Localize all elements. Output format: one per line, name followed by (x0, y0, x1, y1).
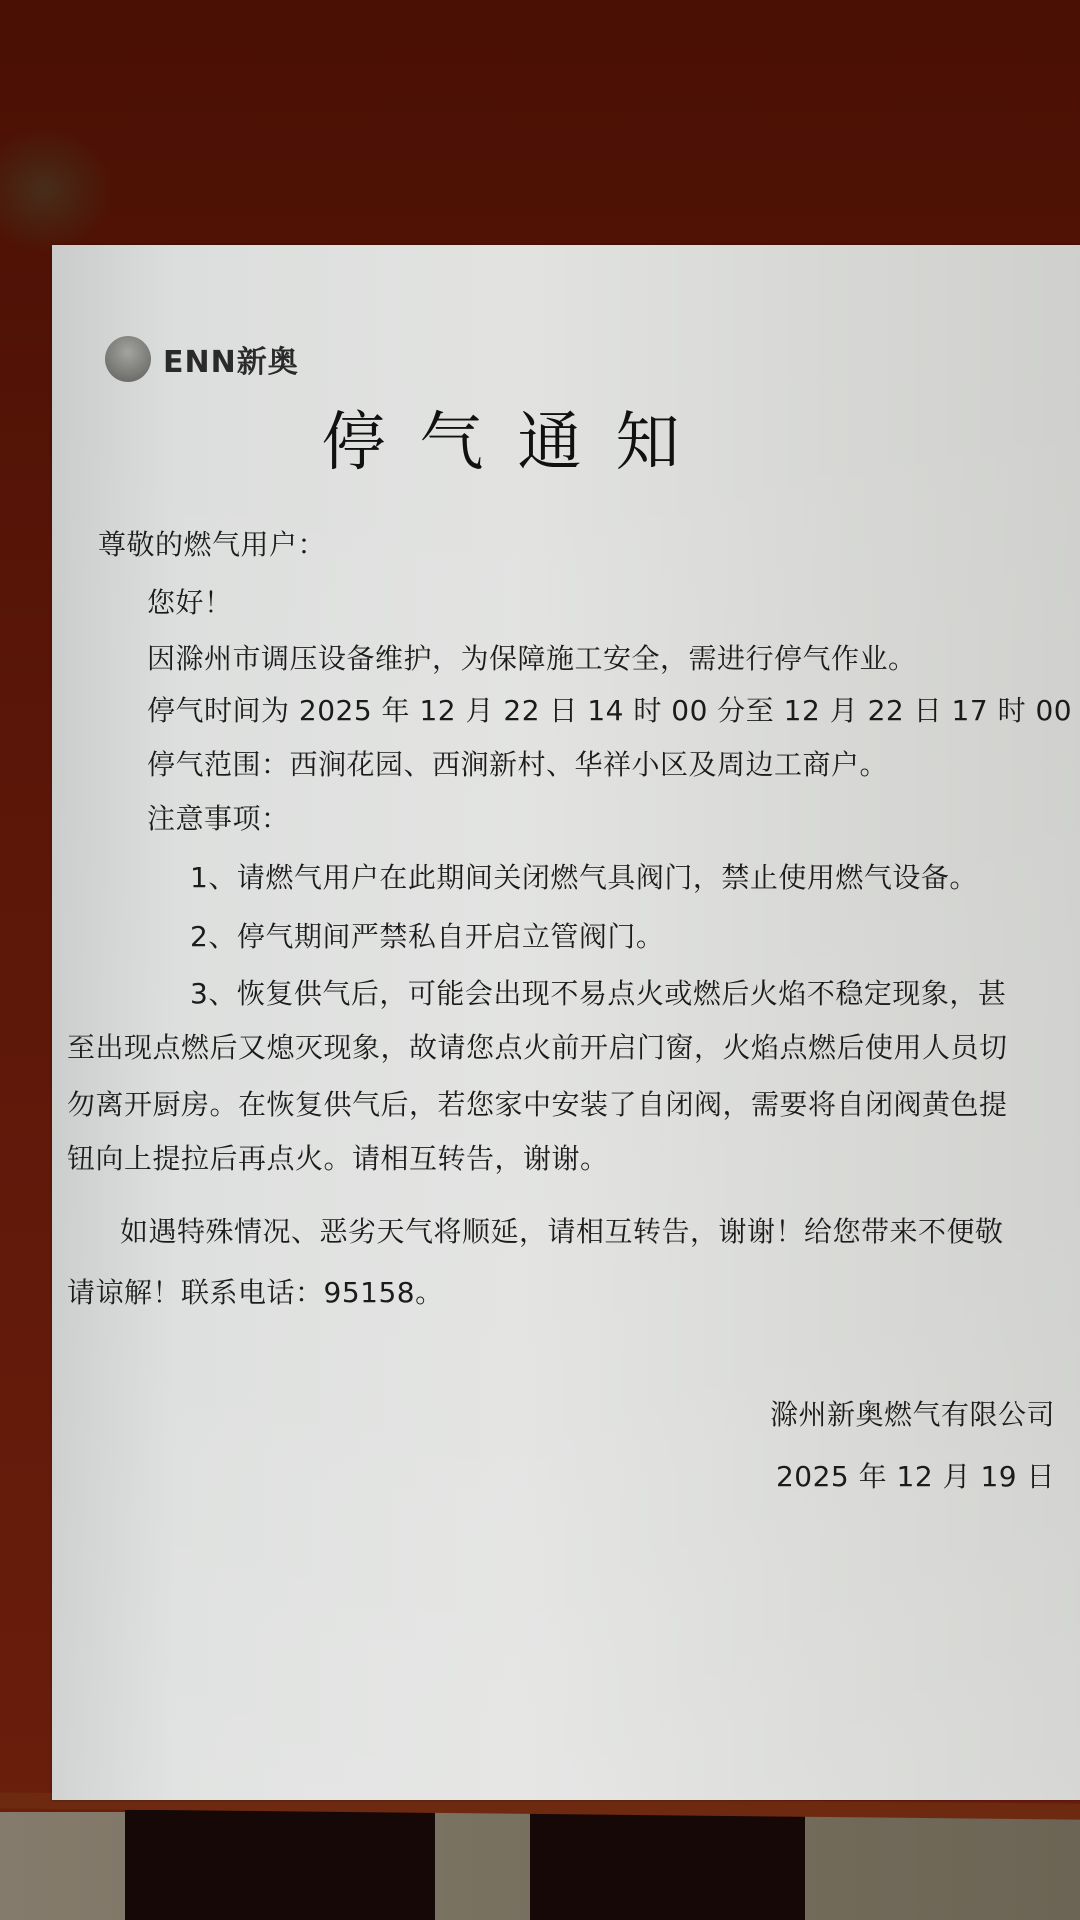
person-leg-left (125, 1810, 435, 1920)
door-stain (0, 130, 110, 250)
notes-heading: 注意事项： (147, 797, 290, 837)
note-item-3-line-2: 至出现点燃后又熄灭现象，故请您点火前开启门窗，火焰点燃后使用人员切 (67, 1026, 1008, 1066)
closing-line-1: 如遇特殊情况、恶劣天气将顺延，请相互转告，谢谢！给您带来不便敬 (120, 1210, 1004, 1250)
note-item-3: 3、恢复供气后，可能会出现不易点火或燃后火焰不稳定现象，甚 (190, 972, 1006, 1012)
person-leg-right (530, 1810, 805, 1920)
paragraph-outage-time: 停气时间为 2025 年 12 月 22 日 14 时 00 分至 12 月 2… (147, 689, 1080, 729)
paragraph-outage-area: 停气范围：西涧花园、西涧新村、华祥小区及周边工商户。 (147, 743, 888, 783)
notice-title: 停气通知 (52, 391, 983, 483)
note-item-2: 2、停气期间严禁私自开启立管阀门。 (190, 915, 664, 955)
closing-line-2: 请谅解！联系电话：95158。 (67, 1271, 444, 1311)
company-logo: ENN新奥 (105, 335, 299, 383)
signature-date: 2025 年 12 月 19 日 (776, 1455, 1055, 1495)
salutation: 尊敬的燃气用户： (98, 523, 326, 563)
signature-company: 滁州新奥燃气有限公司 (770, 1393, 1055, 1433)
notice-paper: ENN新奥 停气通知 尊敬的燃气用户： 您好！ 因滁州市调压设备维护，为保障施工… (52, 245, 1080, 1800)
logo-text: ENN新奥 (163, 337, 299, 381)
note-item-1: 1、请燃气用户在此期间关闭燃气具阀门，禁止使用燃气设备。 (190, 856, 978, 896)
enn-lotus-logo-icon (105, 336, 151, 382)
note-item-3-line-3: 勿离开厨房。在恢复供气后，若您家中安装了自闭阀，需要将自闭阀黄色提 (67, 1083, 1008, 1123)
note-item-3-line-4: 钮向上提拉后再点火。请相互转告，谢谢。 (67, 1137, 609, 1177)
paragraph-reason: 因滁州市调压设备维护，为保障施工安全，需进行停气作业。 (147, 637, 917, 677)
greeting: 您好！ (147, 581, 233, 621)
